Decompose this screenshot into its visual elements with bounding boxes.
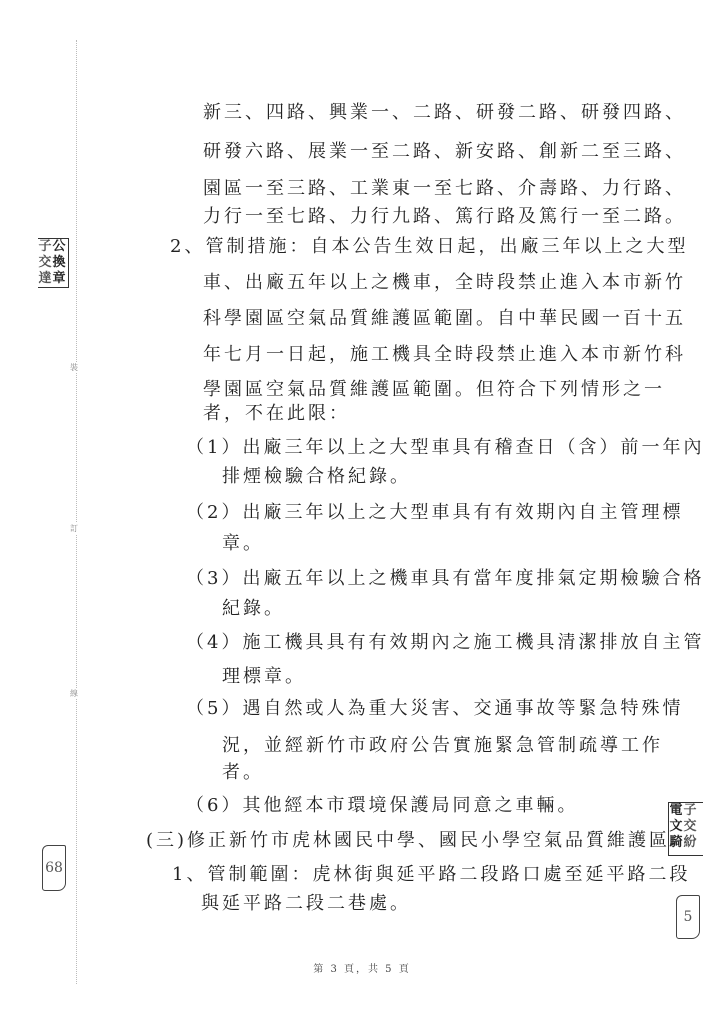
seal-number: 5	[684, 909, 693, 925]
section-3-heading: (三)修正新竹市虎林國民中學、國民小學空氣品質維護區	[146, 830, 670, 852]
binding-mark-zhuang: 裝	[70, 362, 78, 373]
page-number-footer: 第 3 頁，共 5 頁	[0, 960, 724, 975]
exchange-stamp-left: 子交達公換章	[38, 238, 69, 288]
body-line: 學園區空氣品質維護區範圍。但符合下列情形之一	[203, 379, 665, 401]
stamp-text: 子交紛	[683, 803, 697, 851]
page-seal-left: 68	[42, 845, 66, 891]
body-line: 車、出廠五年以上之機車，全時段禁止進入本市新竹	[203, 272, 686, 294]
stamp-text: 子交達	[38, 239, 52, 287]
exchange-stamp-right: 電文騎子交紛	[668, 802, 703, 856]
body-line: 章。	[222, 533, 264, 555]
stamp-text: 電文騎	[669, 803, 683, 851]
page-seal-right: 5	[676, 895, 700, 939]
section-3-item-1: 1、管制範圍：虎林街與延平路二段路口處至延平路二段	[172, 864, 690, 886]
binding-line	[76, 40, 77, 984]
body-line: 理標章。	[222, 666, 306, 688]
body-line: 年七月一日起，施工機具全時段禁止進入本市新竹科	[203, 344, 686, 366]
binding-mark-xian: 線	[70, 688, 78, 699]
body-line: 力行一至七路、力行九路、篤行路及篤行一至二路。	[203, 206, 686, 228]
body-line: 況，並經新竹市政府公告實施緊急管制疏導工作	[222, 735, 663, 757]
body-line: 新三、四路、興業一、二路、研發二路、研發四路、	[203, 102, 686, 124]
item-2-heading: 2、管制措施：自本公告生效日起，出廠三年以上之大型	[170, 236, 688, 258]
sub-item-5: （5）遇自然或人為重大災害、交通事故等緊急特殊情	[186, 698, 683, 720]
sub-item-1: （1）出廠三年以上之大型車具有稽查日（含）前一年內	[186, 437, 704, 459]
sub-item-4: （4）施工機具具有有效期內之施工機具清潔排放自主管	[186, 632, 704, 654]
body-line: 紀錄。	[222, 598, 285, 620]
body-line: 排煙檢驗合格紀錄。	[222, 466, 411, 488]
seal-number: 68	[45, 860, 63, 876]
stamp-text: 公換章	[52, 239, 66, 287]
body-line: 園區一至三路、工業東一至七路、介壽路、力行路、	[203, 178, 686, 200]
body-line: 科學園區空氣品質維護區範圍。自中華民國一百十五	[203, 308, 686, 330]
body-line: 者。	[222, 762, 264, 784]
body-line: 與延平路二段二巷處。	[201, 893, 411, 915]
body-line: 研發六路、展業一至二路、新安路、創新二至三路、	[203, 141, 686, 163]
body-line: 者，不在此限：	[203, 403, 350, 425]
sub-item-3: （3）出廠五年以上之機車具有當年度排氣定期檢驗合格	[186, 568, 704, 590]
sub-item-2: （2）出廠三年以上之大型車具有有效期內自主管理標	[186, 502, 683, 524]
binding-mark-ding: 訂	[70, 523, 78, 534]
sub-item-6: （6）其他經本市環境保護局同意之車輛。	[186, 795, 578, 817]
